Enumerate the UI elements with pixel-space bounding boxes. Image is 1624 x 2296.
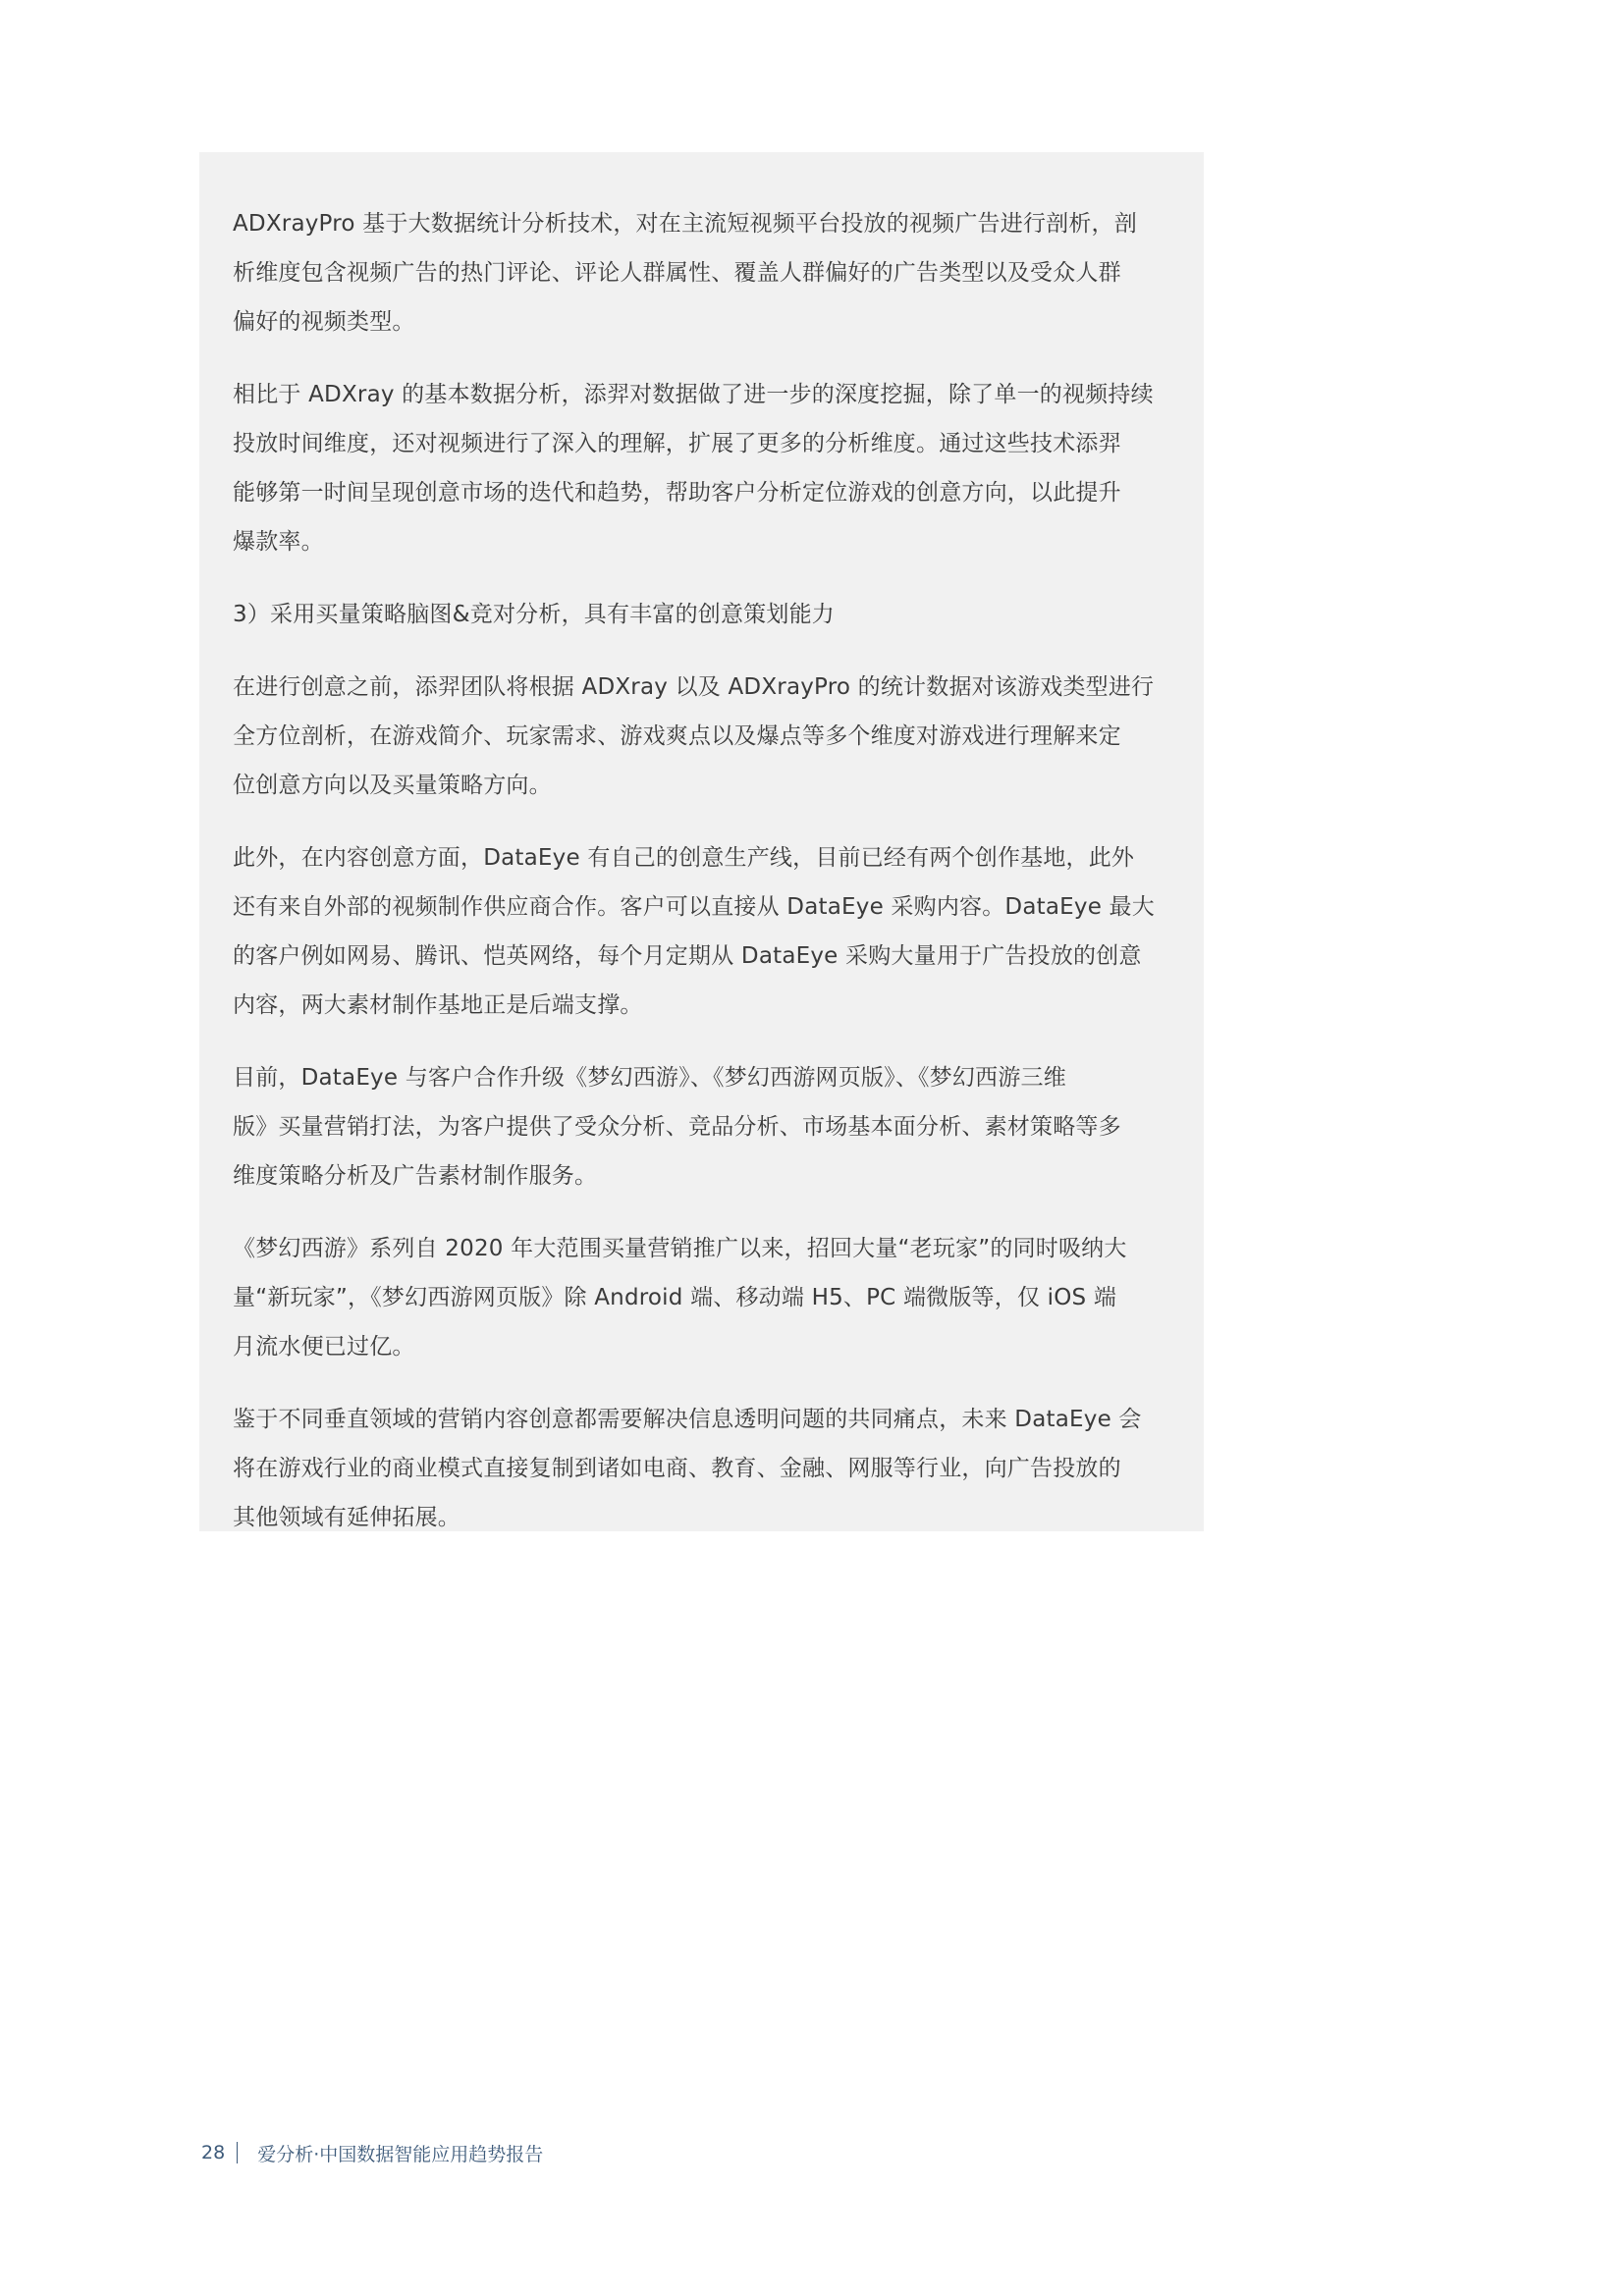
text-line: 能够第一时间呈现创意市场的迭代和趋势，帮助客户分析定位游戏的创意方向，以此提升: [233, 468, 1174, 517]
paragraph-case-result: 《梦幻西游》系列自 2020 年大范围买量营销推广以来，招回大量“老玩家”的同时…: [233, 1224, 1174, 1371]
report-title: 爱分析·中国数据智能应用趋势报告: [257, 2140, 543, 2166]
heading-line: 3）采用买量策略脑图&竞对分析，具有丰富的创意策划能力: [233, 590, 1174, 639]
text-line: 量“新玩家”，《梦幻西游网页版》除 Android 端、移动端 H5、PC 端微…: [233, 1273, 1174, 1322]
text-line: 析维度包含视频广告的热门评论、评论人群属性、覆盖人群偏好的广告类型以及受众人群: [233, 248, 1174, 297]
text-line: 相比于 ADXray 的基本数据分析，添羿对数据做了进一步的深度挖掘，除了单一的…: [233, 370, 1174, 419]
content-box: ADXrayPro 基于大数据统计分析技术，对在主流短视频平台投放的视频广告进行…: [199, 152, 1204, 1531]
text-line: 投放时间维度，还对视频进行了深入的理解，扩展了更多的分析维度。通过这些技术添羿: [233, 419, 1174, 468]
text-line: 月流水便已过亿。: [233, 1322, 1174, 1371]
text-line: 内容，两大素材制作基地正是后端支撑。: [233, 981, 1174, 1030]
text-line: 偏好的视频类型。: [233, 297, 1174, 347]
text-line: 此外，在内容创意方面，DataEye 有自己的创意生产线，目前已经有两个创作基地…: [233, 833, 1174, 882]
text-line: 其他领域有延伸拓展。: [233, 1493, 1174, 1542]
paragraph-future-outlook: 鉴于不同垂直领域的营销内容创意都需要解决信息透明问题的共同痛点，未来 DataE…: [233, 1395, 1174, 1542]
text-line: 维度策略分析及广告素材制作服务。: [233, 1151, 1174, 1201]
paragraph-adxray-comparison: 相比于 ADXray 的基本数据分析，添羿对数据做了进一步的深度挖掘，除了单一的…: [233, 370, 1174, 566]
paragraph-content-production: 此外，在内容创意方面，DataEye 有自己的创意生产线，目前已经有两个创作基地…: [233, 833, 1174, 1030]
text-line: 的客户例如网易、腾讯、恺英网络，每个月定期从 DataEye 采购大量用于广告投…: [233, 932, 1174, 981]
text-line: 在进行创意之前，添羿团队将根据 ADXray 以及 ADXrayPro 的统计数…: [233, 663, 1174, 712]
page-number: 28: [201, 2142, 225, 2163]
text-line: 爆款率。: [233, 517, 1174, 566]
paragraph-adxraypro: ADXrayPro 基于大数据统计分析技术，对在主流短视频平台投放的视频广告进行…: [233, 199, 1174, 347]
text-line: 将在游戏行业的商业模式直接复制到诸如电商、教育、金融、网服等行业，向广告投放的: [233, 1444, 1174, 1493]
text-line: 位创意方向以及买量策略方向。: [233, 761, 1174, 810]
page-footer: 28 爱分析·中国数据智能应用趋势报告: [201, 2140, 543, 2165]
text-line: ADXrayPro 基于大数据统计分析技术，对在主流短视频平台投放的视频广告进行…: [233, 199, 1174, 248]
text-line: 还有来自外部的视频制作供应商合作。客户可以直接从 DataEye 采购内容。Da…: [233, 882, 1174, 932]
footer-divider: [237, 2142, 238, 2163]
paragraph-client-cooperation: 目前，DataEye 与客户合作升级《梦幻西游》、《梦幻西游网页版》、《梦幻西游…: [233, 1053, 1174, 1201]
section-heading: 3）采用买量策略脑图&竞对分析，具有丰富的创意策划能力: [233, 590, 1174, 639]
text-line: 目前，DataEye 与客户合作升级《梦幻西游》、《梦幻西游网页版》、《梦幻西游…: [233, 1053, 1174, 1102]
paragraph-creative-analysis: 在进行创意之前，添羿团队将根据 ADXray 以及 ADXrayPro 的统计数…: [233, 663, 1174, 810]
text-line: 版》买量营销打法，为客户提供了受众分析、竞品分析、市场基本面分析、素材策略等多: [233, 1102, 1174, 1151]
text-line: 全方位剖析，在游戏简介、玩家需求、游戏爽点以及爆点等多个维度对游戏进行理解来定: [233, 712, 1174, 761]
text-line: 鉴于不同垂直领域的营销内容创意都需要解决信息透明问题的共同痛点，未来 DataE…: [233, 1395, 1174, 1444]
text-line: 《梦幻西游》系列自 2020 年大范围买量营销推广以来，招回大量“老玩家”的同时…: [233, 1224, 1174, 1273]
